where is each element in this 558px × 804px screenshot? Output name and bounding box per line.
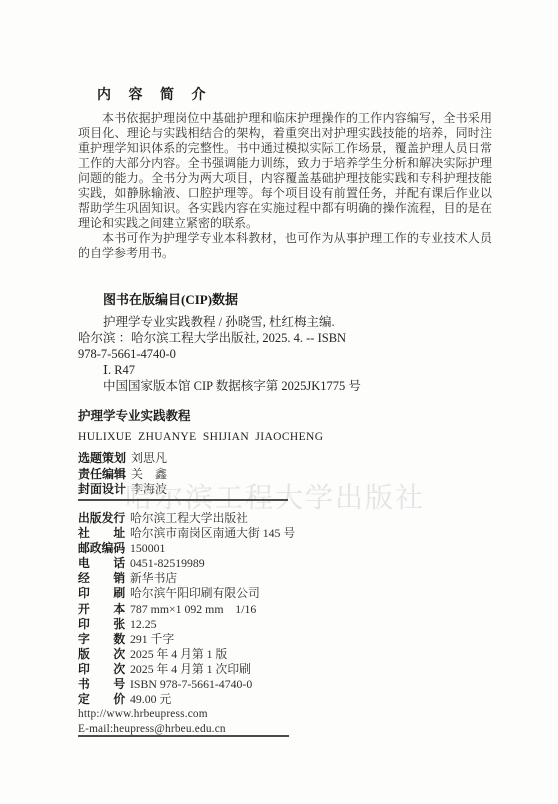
summary-heading: 内 容 简 介 — [97, 84, 492, 104]
publication-row: 版 次2025 年 4 月第 1 版 — [78, 647, 295, 662]
credit-label: 选题策划 — [78, 451, 128, 467]
publication-row: 字 数291 千字 — [78, 632, 295, 647]
publication-value: 2025 年 4 月第 1 版 — [130, 647, 227, 661]
publication-value: 哈尔滨工程大学出版社 — [130, 511, 248, 525]
publication-label: 印 张 — [78, 617, 130, 632]
cip-line: 978-7-5661-4740-0 — [78, 346, 492, 362]
credit-row: 选题策划 刘思凡 — [78, 451, 167, 467]
summary-paragraph: 本书依据护理岗位中基础护理和临床护理操作的工作内容编写，全书采用项目化、理论与实… — [78, 111, 492, 231]
book-copyright-page: 内 容 简 介 本书依据护理岗位中基础护理和临床护理操作的工作内容编写，全书采用… — [0, 0, 558, 804]
publication-label: 印 次 — [78, 662, 130, 677]
publication-label: 印 刷 — [78, 586, 130, 601]
publication-value: 新华书店 — [130, 571, 177, 585]
publication-value: 0451-82519989 — [130, 556, 205, 570]
publication-value: 49.00 元 — [130, 692, 171, 706]
book-title-pinyin: HULIXUE ZHUANYE SHIJIAN JIAOCHENG — [78, 431, 323, 443]
publication-row: 印 次2025 年 4 月第 1 次印刷 — [78, 662, 295, 677]
divider-line — [78, 499, 288, 501]
cip-data-section: 图书在版编目(CIP)数据 护理学专业实践教程 / 孙晓雪, 杜红梅主编. 哈尔… — [78, 292, 492, 394]
publication-row: 电 话0451-82519989 — [78, 556, 295, 571]
publication-row: 邮政编码150001 — [78, 541, 295, 556]
publication-label: 电 话 — [78, 556, 130, 571]
credit-value: 刘思凡 — [131, 451, 167, 465]
publication-label: 邮政编码 — [78, 541, 130, 556]
publication-row: 印 张12.25 — [78, 617, 295, 632]
publication-info-section: 出版发行哈尔滨工程大学出版社 社 址哈尔滨市南岗区南通大街 145 号 邮政编码… — [78, 511, 295, 737]
publication-row: 经 销新华书店 — [78, 571, 295, 586]
publication-label: 经 销 — [78, 571, 130, 586]
summary-paragraph: 本书可作为护理学专业本科教材，也可作为从事护理工作的专业技术人员的自学参考用书。 — [78, 231, 492, 261]
publication-value: 150001 — [130, 541, 165, 555]
publication-value: 12.25 — [130, 617, 157, 631]
publication-row: 社 址哈尔滨市南岗区南通大街 145 号 — [78, 526, 295, 541]
credit-label: 责任编辑 — [78, 467, 128, 483]
credit-label: 封面设计 — [78, 482, 128, 498]
publication-row: 书 号ISBN 978-7-5661-4740-0 — [78, 677, 295, 692]
book-title: 护理学专业实践教程 — [78, 406, 323, 424]
publication-label: 开 本 — [78, 602, 130, 617]
publication-value: 哈尔滨午阳印刷有限公司 — [130, 586, 260, 600]
cip-line: Ⅰ. R47 — [103, 362, 492, 378]
publication-label: 定 价 — [78, 692, 130, 707]
publication-row: 出版发行哈尔滨工程大学出版社 — [78, 511, 295, 526]
publication-label: 社 址 — [78, 526, 130, 541]
publication-value: ISBN 978-7-5661-4740-0 — [130, 677, 252, 691]
publication-label: 字 数 — [78, 632, 130, 647]
book-title-block: 护理学专业实践教程 HULIXUE ZHUANYE SHIJIAN JIAOCH… — [78, 406, 323, 443]
publication-row: 印 刷哈尔滨午阳印刷有限公司 — [78, 586, 295, 601]
publication-label: 版 次 — [78, 647, 130, 662]
publication-row: 定 价49.00 元 — [78, 692, 295, 707]
publication-value: 哈尔滨市南岗区南通大街 145 号 — [130, 526, 295, 540]
cip-line: 护理学专业实践教程 / 孙晓雪, 杜红梅主编. — [103, 314, 492, 330]
cip-line: 哈尔滨 ：哈尔滨工程大学出版社, 2025. 4. -- ISBN — [78, 330, 492, 346]
publication-label: 出版发行 — [78, 511, 130, 526]
content-summary-section: 内 容 简 介 本书依据护理岗位中基础护理和临床护理操作的工作内容编写，全书采用… — [78, 84, 492, 261]
publication-label: 书 号 — [78, 677, 130, 692]
cip-heading: 图书在版编目(CIP)数据 — [103, 292, 492, 308]
publication-row: 开 本787 mm×1 092 mm 1/16 — [78, 602, 295, 617]
divider-line — [78, 735, 289, 737]
website-url: http://www.hrbeupress.com — [78, 707, 295, 722]
publisher-watermark: 哈尔滨工程大学出版社 — [125, 476, 425, 516]
cip-line: 中国国家版本馆 CIP 数据核字第 2025JK1775 号 — [103, 378, 492, 394]
publication-value: 2025 年 4 月第 1 次印刷 — [130, 662, 251, 676]
publication-value: 787 mm×1 092 mm 1/16 — [130, 602, 256, 616]
publication-value: 291 千字 — [130, 632, 174, 646]
